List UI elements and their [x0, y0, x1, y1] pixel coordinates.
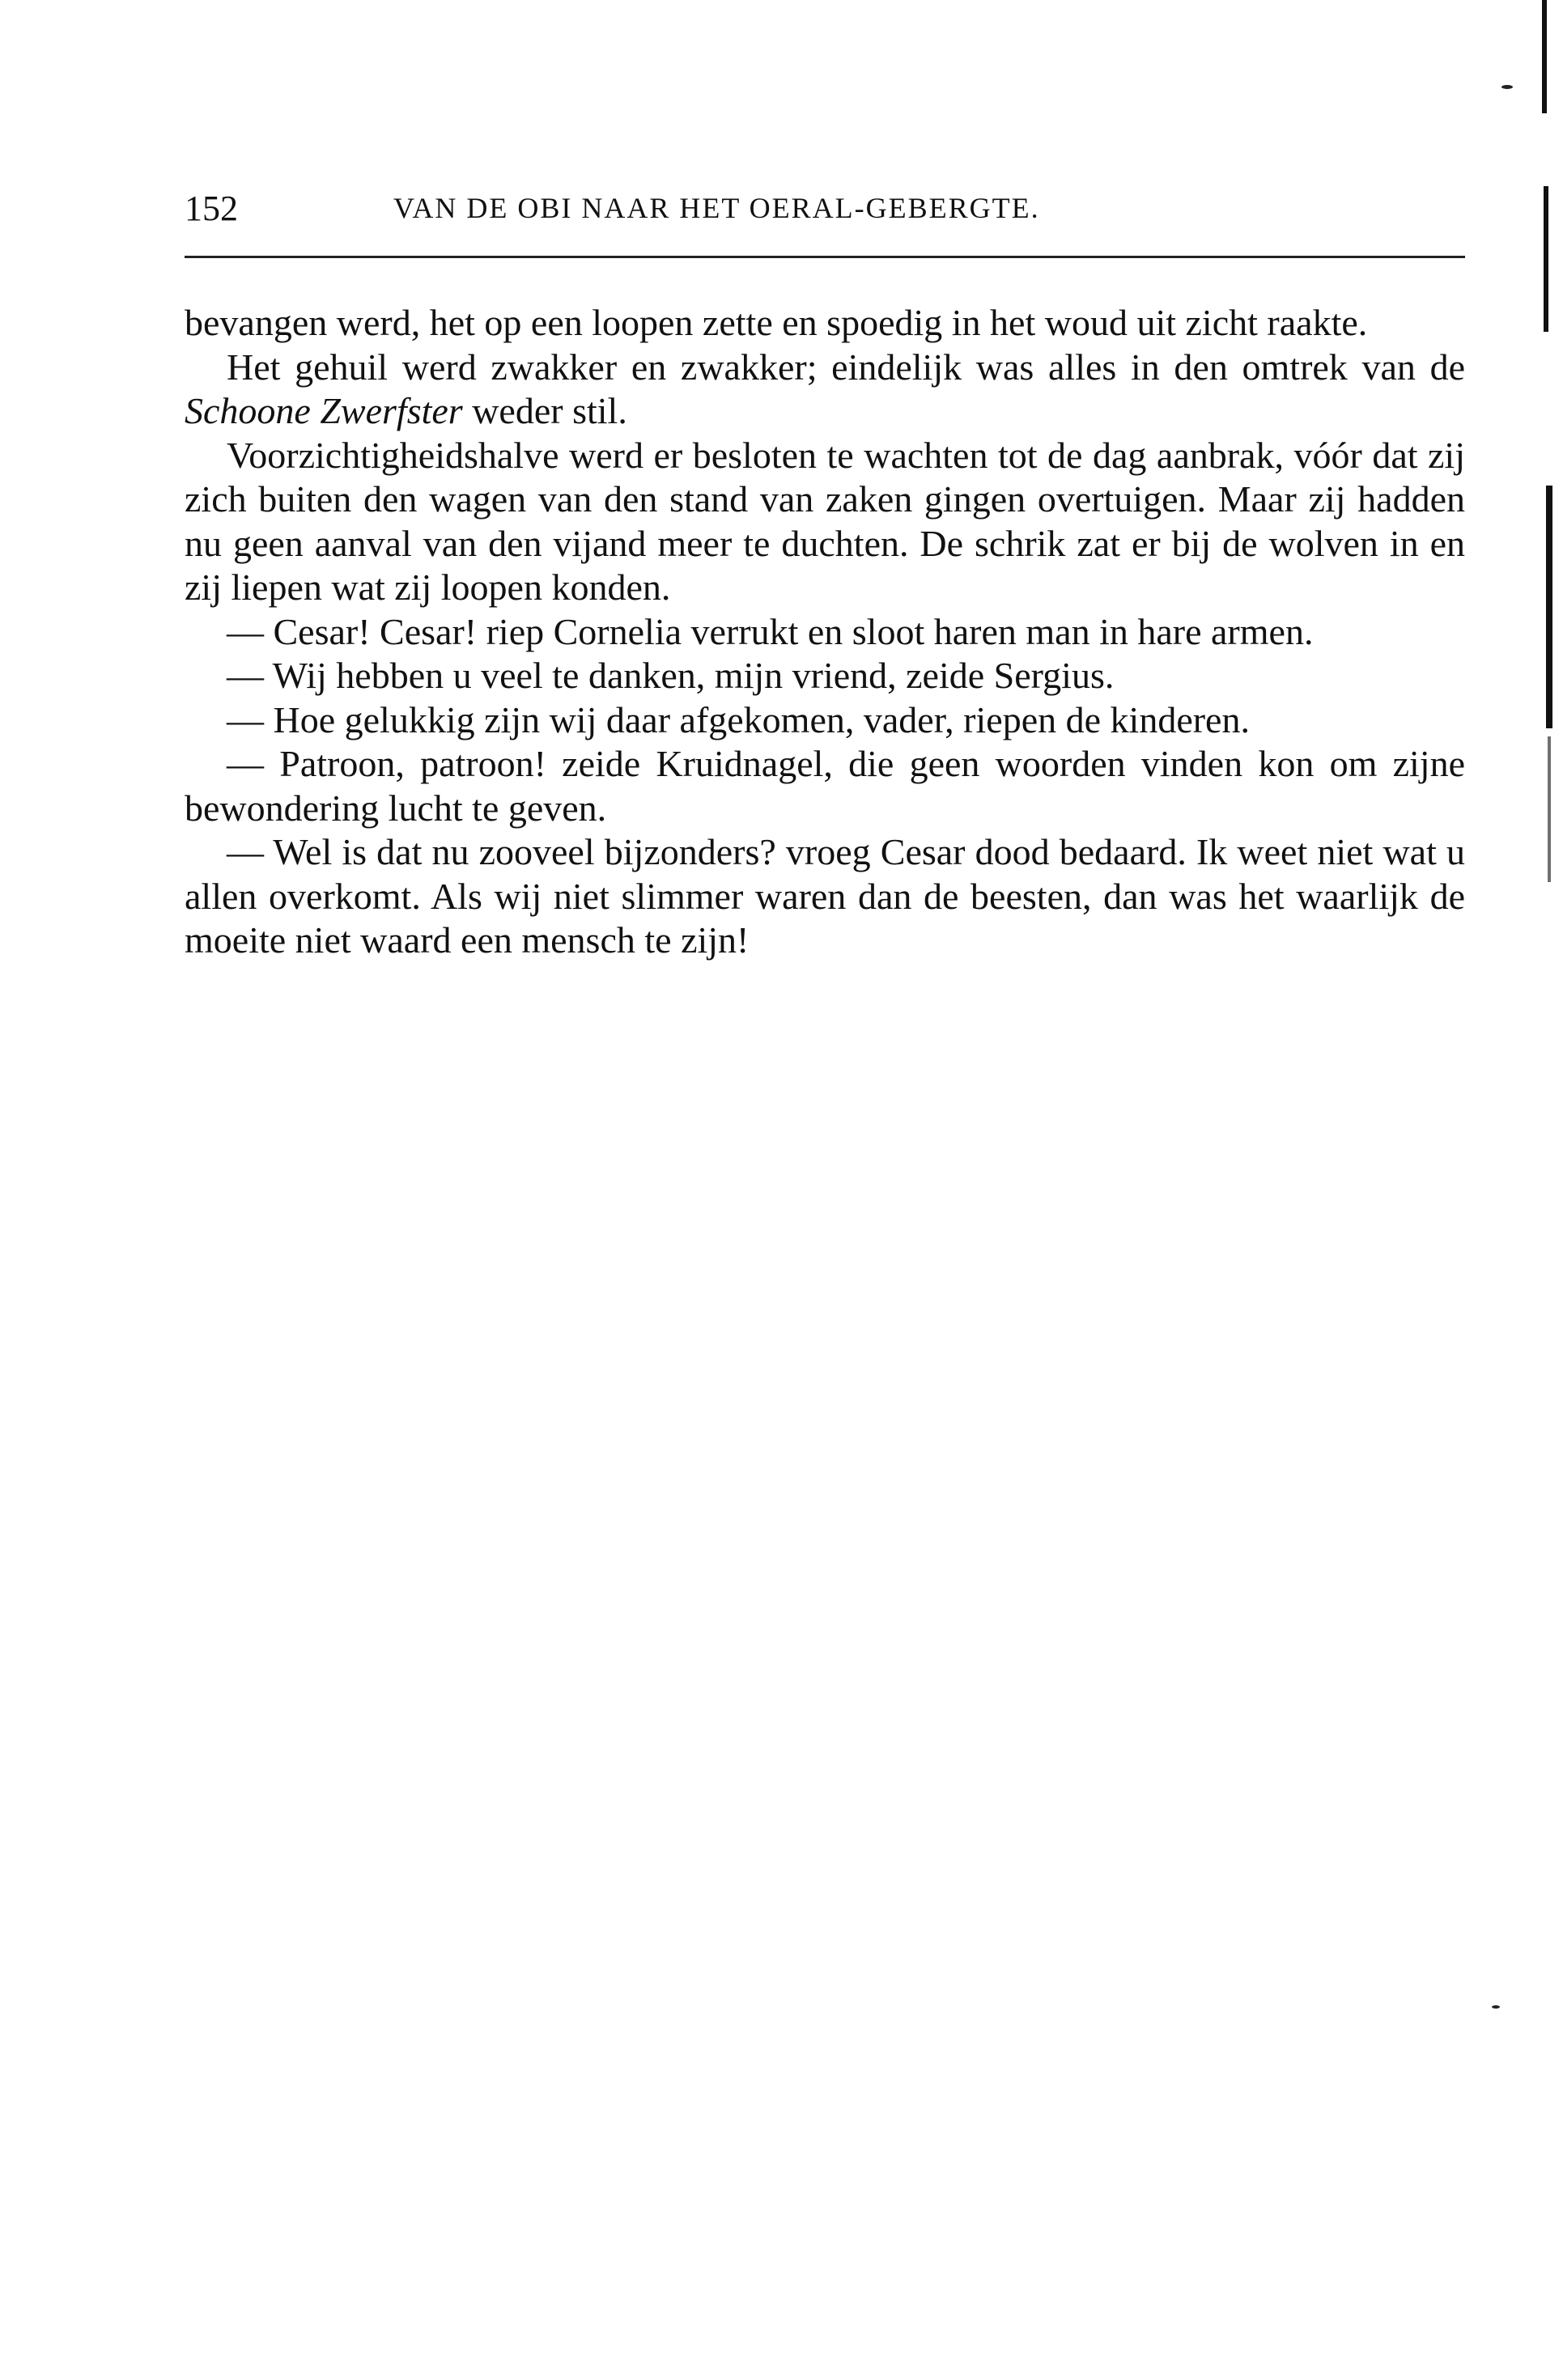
ship-name: Schoone Zwerfster — [185, 390, 463, 431]
dialogue-paragraph: — Wij hebben u veel te danken, mijn vrie… — [185, 654, 1465, 698]
scan-edge-mark — [1548, 736, 1551, 882]
dialogue-paragraph: — Hoe gelukkig zijn wij daar afgekomen, … — [185, 698, 1465, 743]
page-number: 152 — [185, 188, 238, 229]
scan-edge-mark — [1542, 0, 1547, 113]
running-head: 152 VAN DE OBI NAAR HET OERAL-GEBERGTE. — [185, 188, 1465, 236]
scan-edge-mark — [1544, 186, 1548, 332]
running-head-title: VAN DE OBI NAAR HET OERAL-GEBERGTE. — [393, 191, 1040, 225]
paragraph-text: Het gehuil werd zwakker en zwakker; eind… — [227, 346, 1465, 388]
scan-speck — [1492, 2005, 1500, 2009]
body-text: bevangen werd, het op een loopen zette e… — [185, 301, 1465, 963]
dialogue-paragraph: — Wel is dat nu zooveel bijzonders? vroe… — [185, 830, 1465, 963]
dialogue-paragraph: — Patroon, patroon! zeide Kruidnagel, di… — [185, 742, 1465, 830]
paragraph: Voorzichtigheidshalve werd er besloten t… — [185, 434, 1465, 610]
scan-speck — [1501, 85, 1513, 89]
paragraph: Het gehuil werd zwakker en zwakker; eind… — [185, 346, 1465, 434]
header-rule — [185, 256, 1465, 258]
scan-edge-mark — [1546, 486, 1552, 728]
paragraph-text: weder stil. — [463, 390, 627, 431]
paragraph: bevangen werd, het op een loopen zette e… — [185, 301, 1465, 346]
dialogue-paragraph: — Cesar! Cesar! riep Cornelia verrukt en… — [185, 610, 1465, 655]
